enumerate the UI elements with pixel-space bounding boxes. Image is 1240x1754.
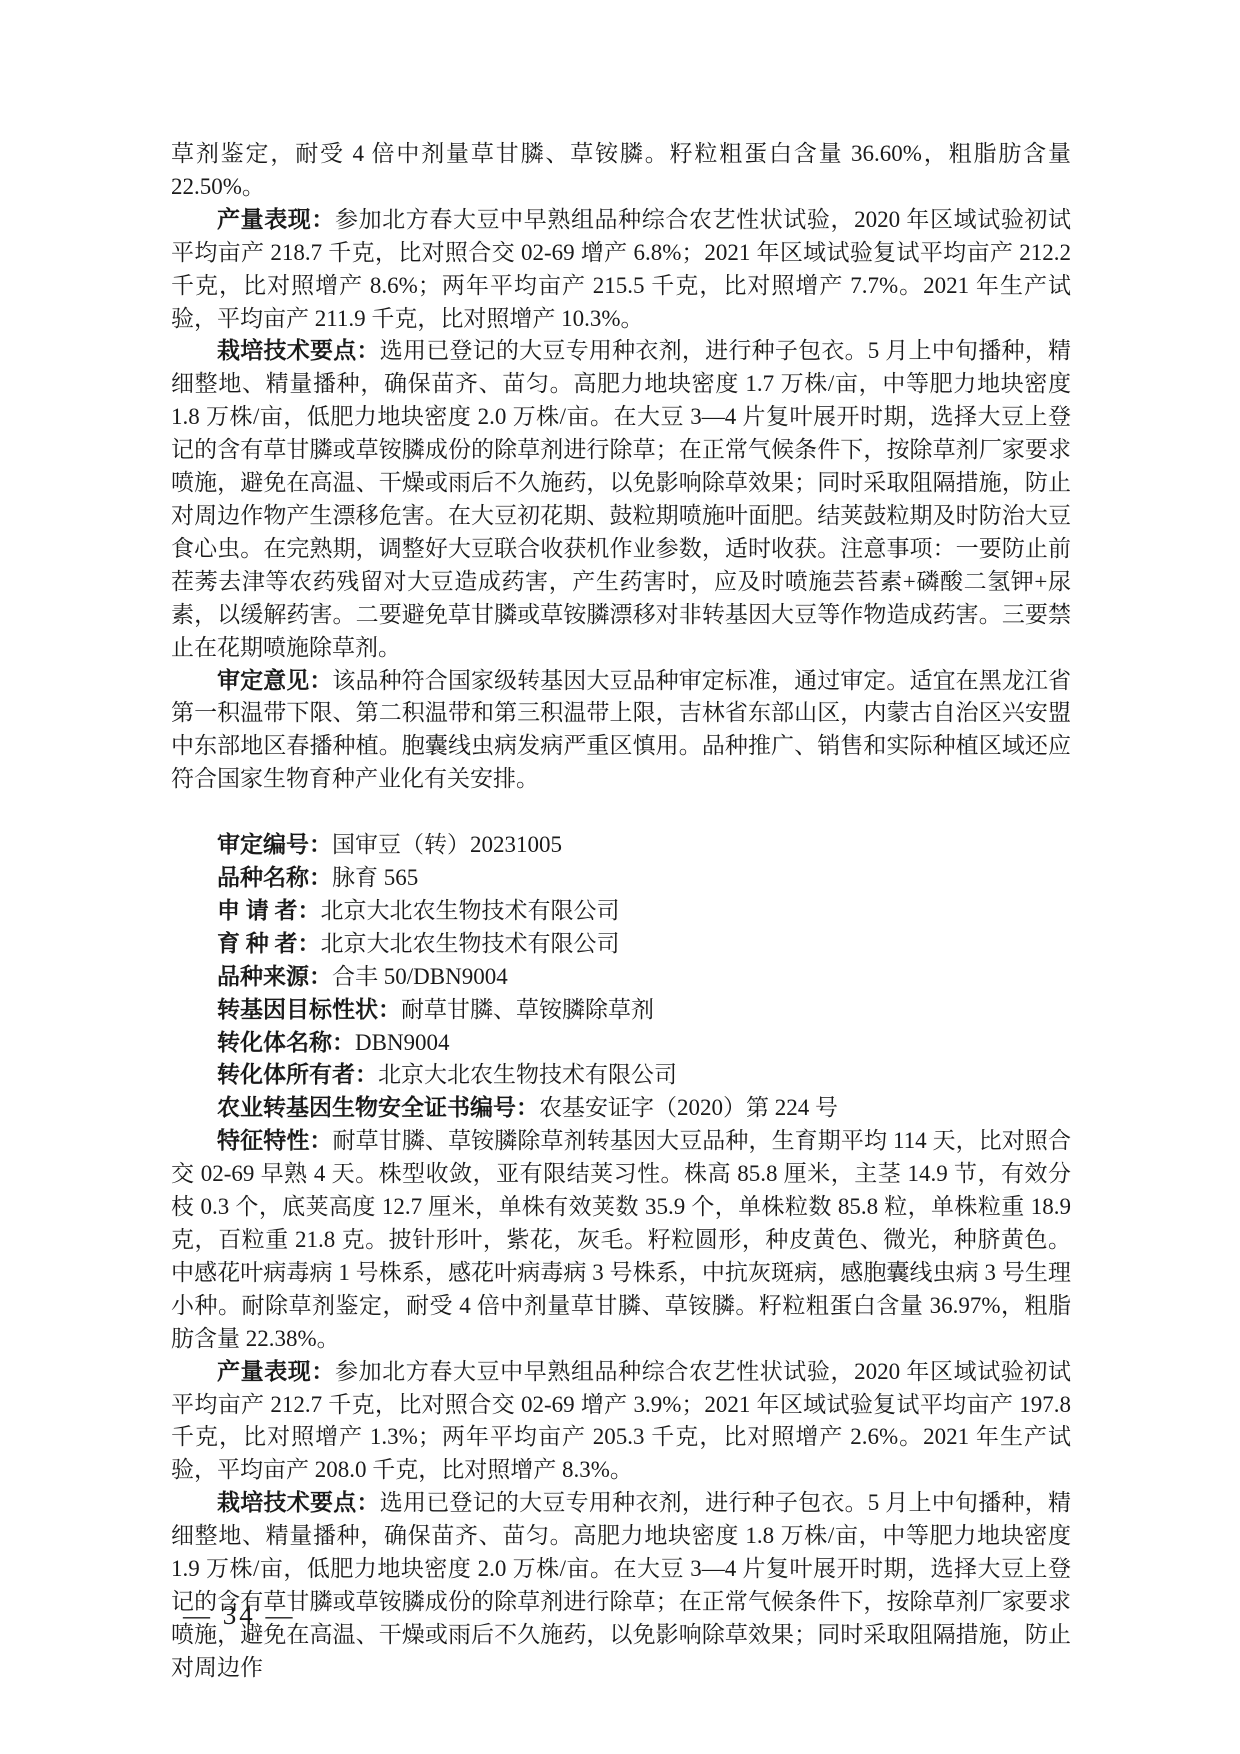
label-gm-target-trait: 转基因目标性状： <box>217 997 401 1022</box>
value-variety-source: 合丰 50/DBN9004 <box>332 964 508 989</box>
label-variety-source: 品种来源： <box>217 964 332 989</box>
field-variety-name: 品种名称：脉育 565 <box>171 862 1071 895</box>
document-page: 草剂鉴定，耐受 4 倍中剂量草甘膦、草铵膦。籽粒粗蛋白含量 36.60%，粗脂肪… <box>0 0 1240 1754</box>
paragraph-approval-opinion: 审定意见：该品种符合国家级转基因大豆品种审定标准，通过审定。适宜在黑龙江省第一积… <box>171 665 1071 797</box>
value-gm-target-trait: 耐草甘膦、草铵膦除草剂 <box>401 997 654 1022</box>
paragraph-cultivation-points-2: 栽培技术要点：选用已登记的大豆专用种衣剂，进行种子包衣。5 月上中旬播种，精细整… <box>171 1487 1071 1684</box>
label-yield-performance-2: 产量表现： <box>217 1359 335 1384</box>
label-cultivation-points-1: 栽培技术要点： <box>217 338 380 363</box>
page-number-footer: — 34 — <box>183 1600 296 1631</box>
label-breeder: 育 种 者： <box>217 931 321 956</box>
paragraph-herbicide-continuation: 草剂鉴定，耐受 4 倍中剂量草甘膦、草铵膦。籽粒粗蛋白含量 36.60%，粗脂肪… <box>171 138 1071 204</box>
text-cultivation-points-2: 选用已登记的大豆专用种衣剂，进行种子包衣。5 月上中旬播种，精细整地、精量播种，… <box>171 1490 1071 1680</box>
field-biosafety-certificate: 农业转基因生物安全证书编号：农基安证字（2020）第 224 号 <box>171 1092 1071 1125</box>
value-event-name: DBN9004 <box>355 1030 450 1055</box>
value-breeder: 北京大北农生物技术有限公司 <box>321 931 620 956</box>
value-approval-number: 国审豆（转）20231005 <box>332 832 562 857</box>
label-applicant: 申 请 者： <box>217 898 321 923</box>
label-characteristics: 特征特性： <box>217 1128 333 1153</box>
blank-line-separator <box>171 796 1071 829</box>
label-cultivation-points-2: 栽培技术要点： <box>217 1490 380 1515</box>
label-event-name: 转化体名称： <box>217 1030 355 1055</box>
paragraph-yield-performance-1: 产量表现：参加北方春大豆中早熟组品种综合农艺性状试验，2020 年区域试验初试平… <box>171 204 1071 336</box>
value-variety-name: 脉育 565 <box>332 865 418 890</box>
paragraph-cultivation-points-1: 栽培技术要点：选用已登记的大豆专用种衣剂，进行种子包衣。5 月上中旬播种，精细整… <box>171 335 1071 664</box>
text-cultivation-points-1: 选用已登记的大豆专用种衣剂，进行种子包衣。5 月上中旬播种，精细整地、精量播种，… <box>171 338 1071 659</box>
page-content: 草剂鉴定，耐受 4 倍中剂量草甘膦、草铵膦。籽粒粗蛋白含量 36.60%，粗脂肪… <box>171 138 1071 1685</box>
value-applicant: 北京大北农生物技术有限公司 <box>321 898 620 923</box>
field-event-owner: 转化体所有者：北京大北农生物技术有限公司 <box>171 1059 1071 1092</box>
label-approval-number: 审定编号： <box>217 832 332 857</box>
field-event-name: 转化体名称：DBN9004 <box>171 1027 1071 1060</box>
label-event-owner: 转化体所有者： <box>217 1062 378 1087</box>
value-biosafety-certificate: 农基安证字（2020）第 224 号 <box>539 1095 838 1120</box>
paragraph-yield-performance-2: 产量表现：参加北方春大豆中早熟组品种综合农艺性状试验，2020 年区域试验初试平… <box>171 1356 1071 1488</box>
field-approval-number: 审定编号：国审豆（转）20231005 <box>171 829 1071 862</box>
label-variety-name: 品种名称： <box>217 865 332 890</box>
label-approval-opinion: 审定意见： <box>217 668 332 693</box>
paragraph-characteristics: 特征特性：耐草甘膦、草铵膦除草剂转基因大豆品种，生育期平均 114 天，比对照合… <box>171 1125 1071 1355</box>
label-yield-performance-1: 产量表现： <box>217 207 335 232</box>
text-characteristics: 耐草甘膦、草铵膦除草剂转基因大豆品种，生育期平均 114 天，比对照合交 02-… <box>171 1128 1071 1350</box>
field-variety-source: 品种来源：合丰 50/DBN9004 <box>171 961 1071 994</box>
value-event-owner: 北京大北农生物技术有限公司 <box>378 1062 677 1087</box>
field-breeder: 育 种 者：北京大北农生物技术有限公司 <box>171 928 1071 961</box>
field-applicant: 申 请 者：北京大北农生物技术有限公司 <box>171 895 1071 928</box>
label-biosafety-certificate: 农业转基因生物安全证书编号： <box>217 1095 539 1120</box>
field-gm-target-trait: 转基因目标性状：耐草甘膦、草铵膦除草剂 <box>171 994 1071 1027</box>
